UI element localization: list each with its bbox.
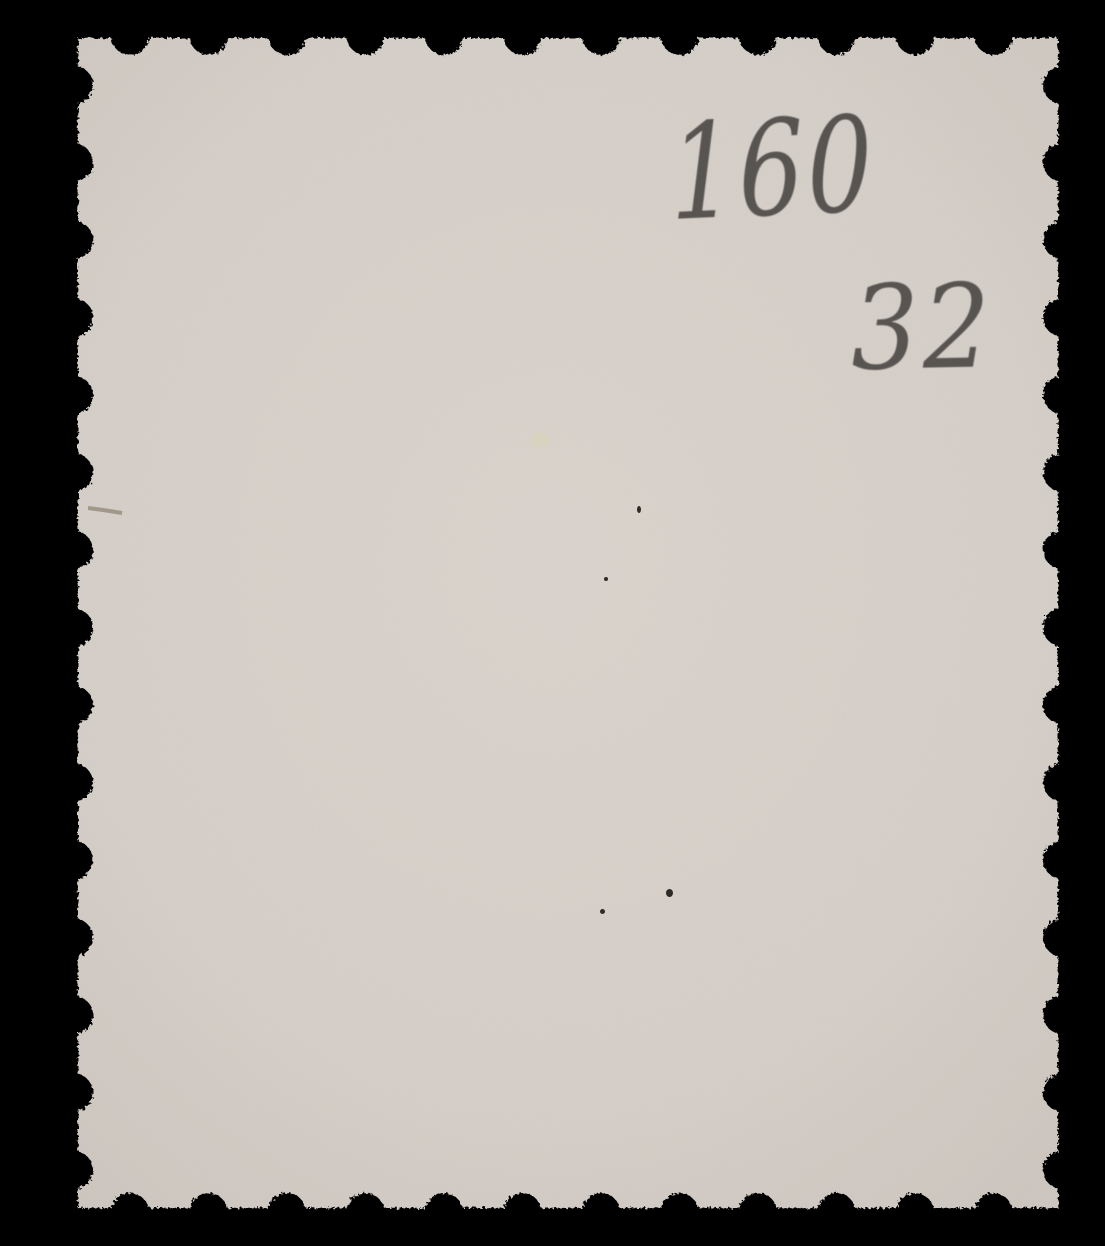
stamp-photo: 160 32 (0, 0, 1105, 1246)
speck-mark (637, 506, 641, 513)
stamp-back (0, 0, 1105, 1246)
speck-mark (600, 909, 605, 914)
speck-mark (604, 577, 608, 581)
pencil-notation-line2: 32 (850, 269, 995, 388)
speck-mark (666, 889, 673, 897)
pencil-notation-line1: 160 (668, 99, 877, 240)
